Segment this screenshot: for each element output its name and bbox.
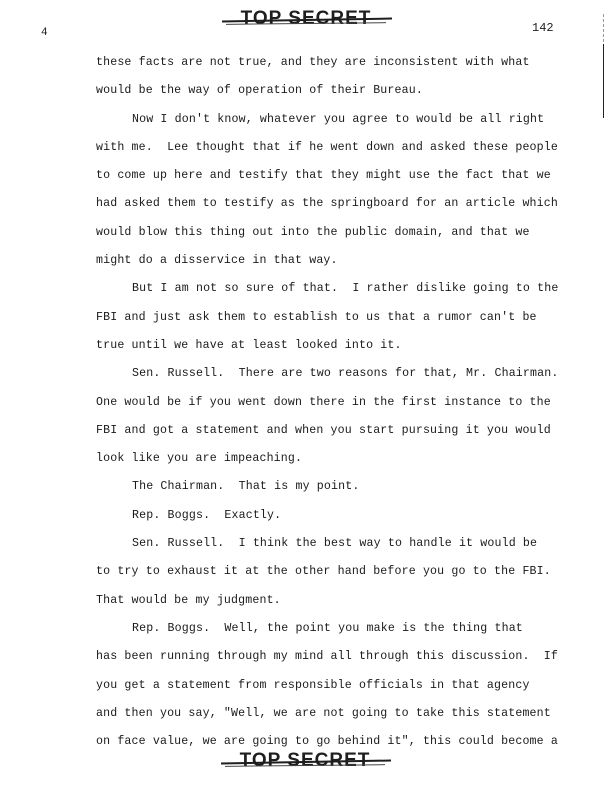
text-line: you get a statement from responsible off… — [96, 672, 586, 700]
text-line: FBI and got a statement and when you sta… — [96, 417, 586, 445]
scan-artifact-line — [603, 14, 605, 42]
text-line: to come up here and testify that they mi… — [96, 162, 586, 190]
speaker-line: Rep. Boggs. Well, the point you make is … — [96, 615, 586, 643]
text-line: with me. Lee thought that if he went dow… — [96, 134, 586, 162]
text-line: But I am not so sure of that. I rather d… — [96, 275, 586, 303]
page-number: 142 — [532, 21, 554, 35]
speaker-line: Rep. Boggs. Exactly. — [96, 502, 586, 530]
text-line: That would be my judgment. — [96, 587, 586, 615]
speaker-line: The Chairman. That is my point. — [96, 473, 586, 501]
text-line: these facts are not true, and they are i… — [96, 49, 586, 77]
text-line: One would be if you went down there in t… — [96, 389, 586, 417]
transcript-body: these facts are not true, and they are i… — [96, 49, 586, 756]
text-line: might do a disservice in that way. — [96, 247, 586, 275]
document-page: TOP SECRET 4 142 these facts are not tru… — [0, 0, 612, 791]
text-line: true until we have at least looked into … — [96, 332, 586, 360]
text-line: Now I don't know, whatever you agree to … — [96, 106, 586, 134]
text-line: had asked them to testify as the springb… — [96, 190, 586, 218]
margin-mark: 4 — [41, 27, 48, 39]
top-secret-stamp-header: TOP SECRET — [226, 8, 386, 30]
text-line: has been running through my mind all thr… — [96, 643, 586, 671]
speaker-line: Sen. Russell. There are two reasons for … — [96, 360, 586, 388]
text-line: look like you are impeaching. — [96, 445, 586, 473]
speaker-line: Sen. Russell. I think the best way to ha… — [96, 530, 586, 558]
text-line: to try to exhaust it at the other hand b… — [96, 558, 586, 586]
text-line: would blow this thing out into the publi… — [96, 219, 586, 247]
top-secret-stamp-footer: TOP SECRET — [225, 750, 385, 772]
text-line: FBI and just ask them to establish to us… — [96, 304, 586, 332]
text-line: and then you say, "Well, we are not goin… — [96, 700, 586, 728]
scan-artifact-line — [603, 44, 604, 118]
text-line: would be the way of operation of their B… — [96, 77, 586, 105]
